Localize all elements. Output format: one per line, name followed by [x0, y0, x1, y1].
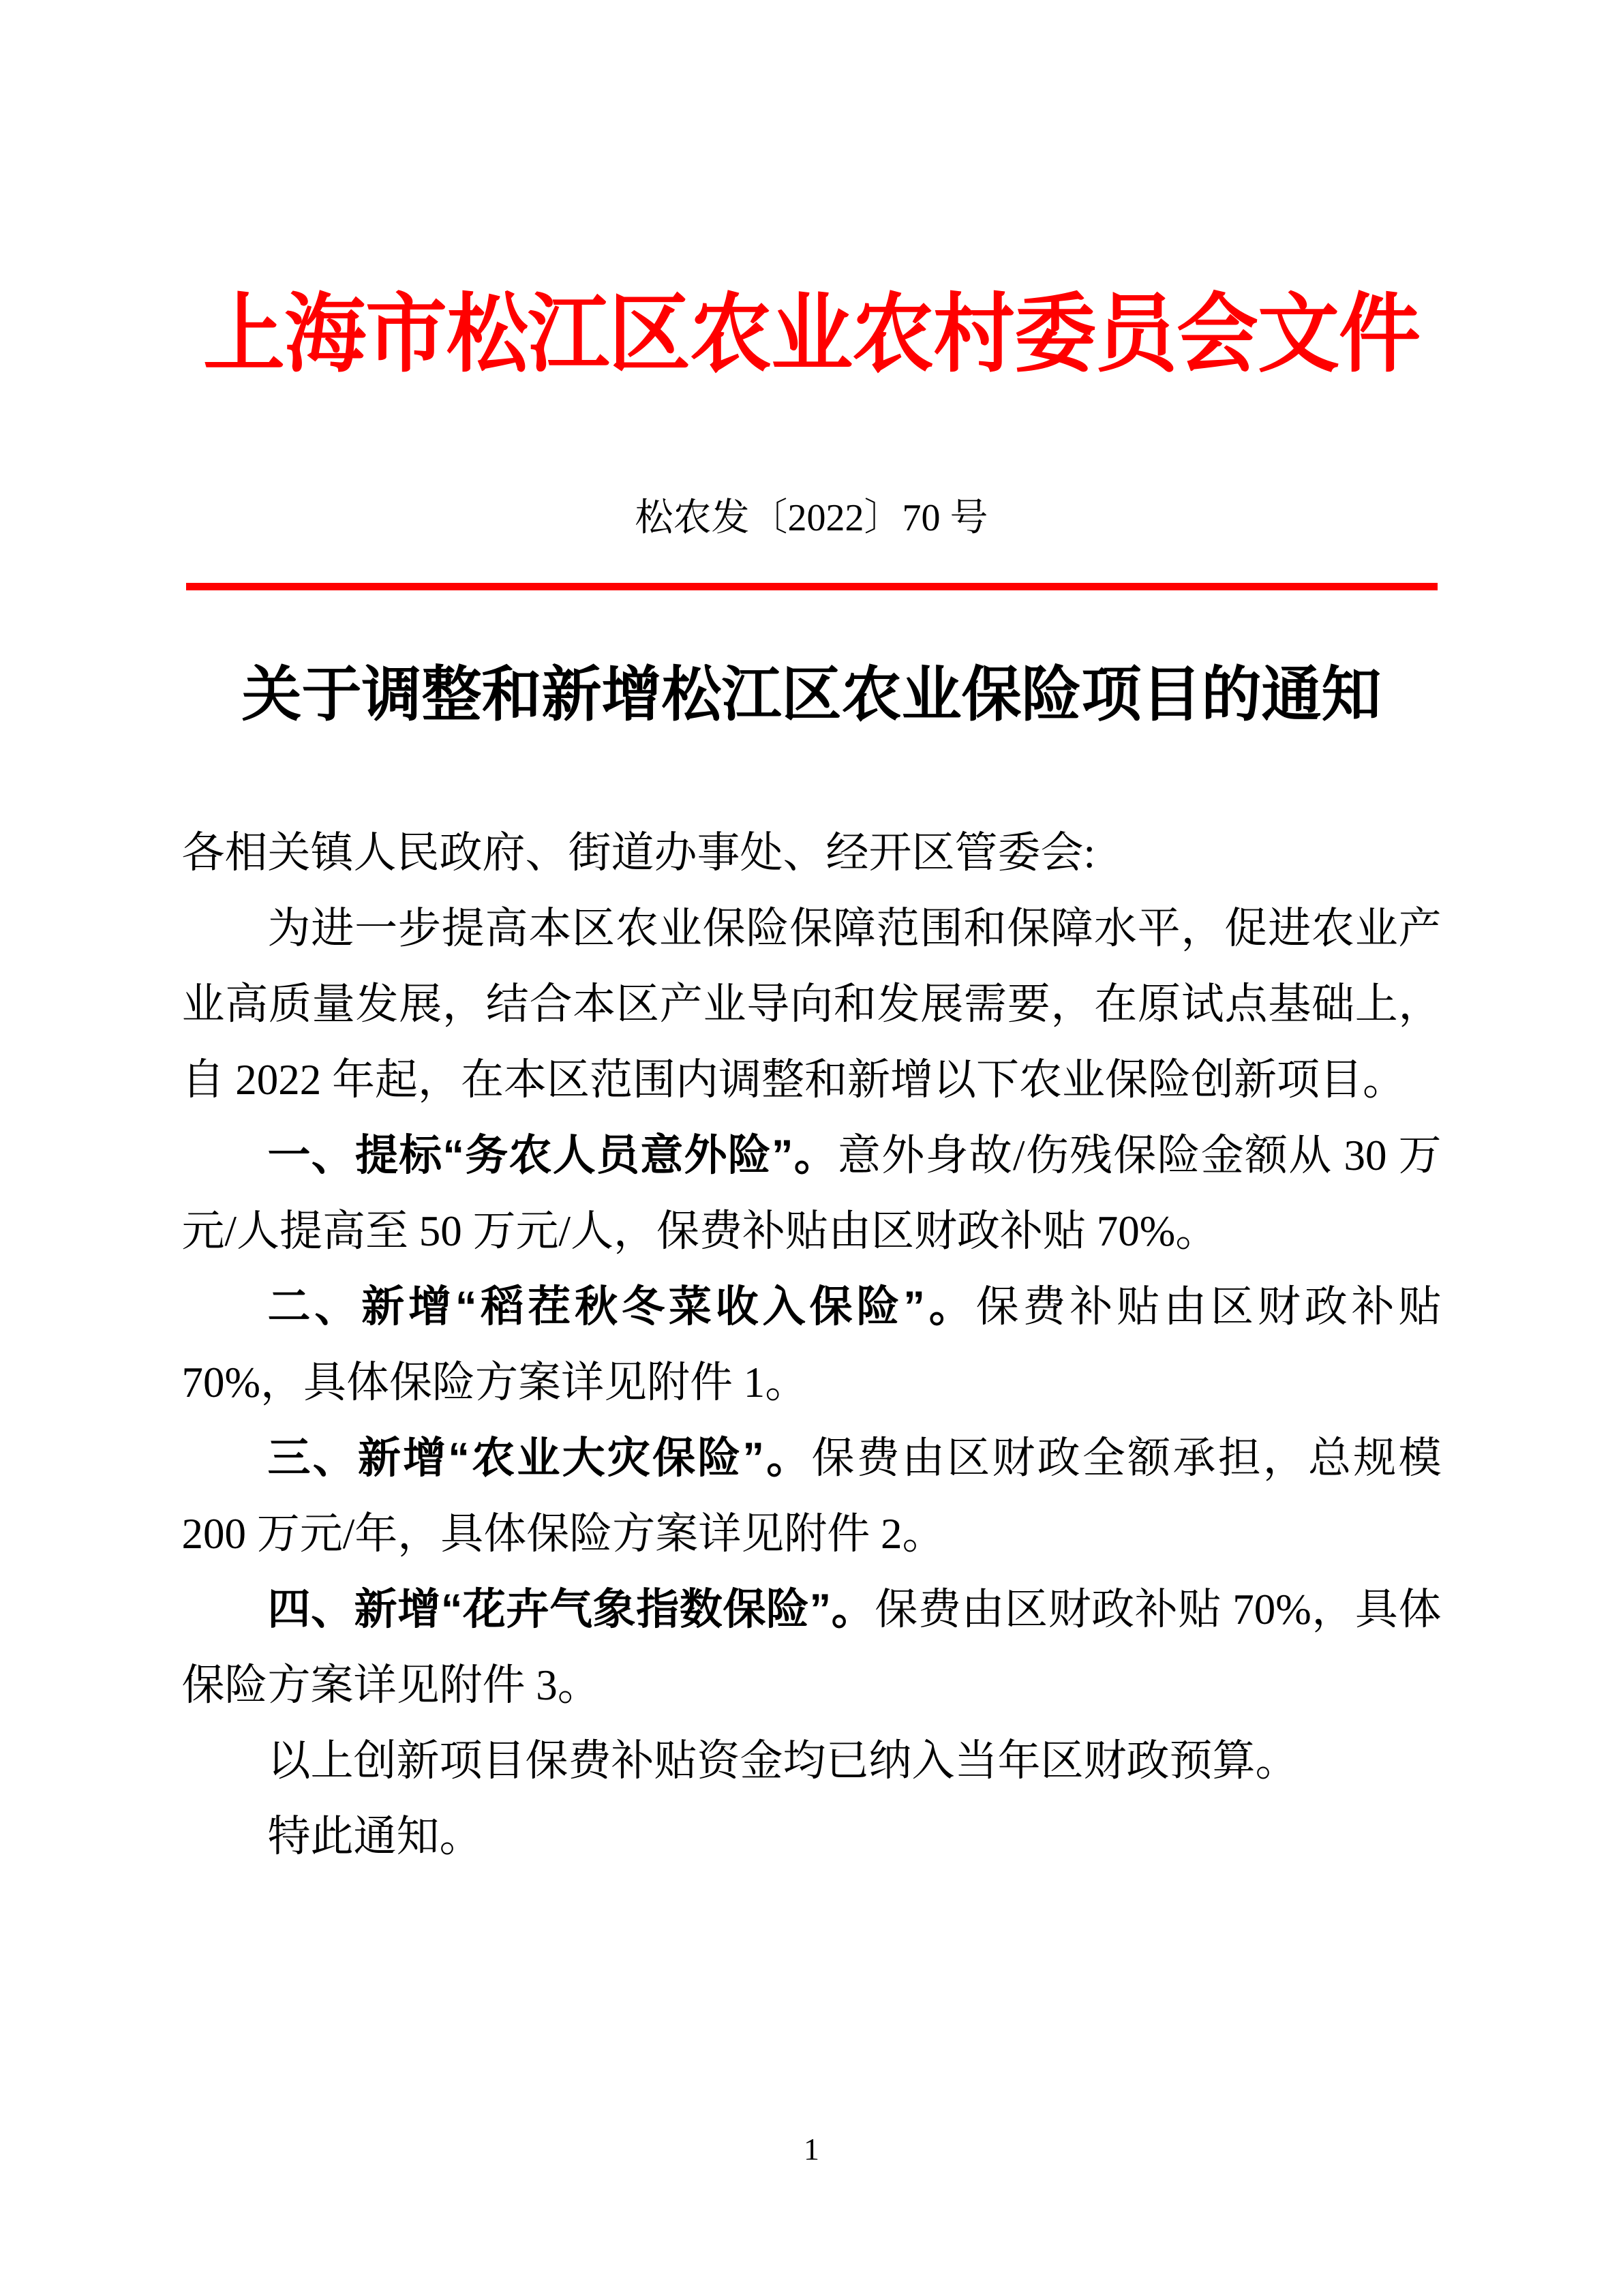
red-divider-line: [186, 583, 1438, 590]
paragraph-lead-bold: 三、新增“农业大灾保险”。: [268, 1434, 812, 1482]
salutation-line: 各相关镇人民政府、街道办事处、经开区管委会:: [182, 815, 1442, 891]
body-paragraph: 以上创新项目保费补贴资金均已纳入当年区财政预算。: [182, 1723, 1442, 1799]
paragraph-text: 特此通知。: [268, 1813, 483, 1860]
paragraph-lead-bold: 四、新增“花卉气象指数保险”。: [268, 1586, 875, 1633]
body-paragraph: 三、新增“农业大灾保险”。保费由区财政全额承担，总规模 200 万元/年，具体保…: [182, 1421, 1442, 1572]
document-title: 关于调整和新增松江区农业保险项目的通知: [0, 662, 1623, 730]
paragraph-text: 以上创新项目保费补贴资金均已纳入当年区财政预算。: [268, 1737, 1299, 1785]
document-page: 上海市松江区农业农村委员会文件 松农发〔2022〕70 号 关于调整和新增松江区…: [0, 0, 1623, 2296]
doc-number: 松农发〔2022〕70 号: [0, 498, 1623, 539]
paragraph-lead-bold: 二、新增“稻茬秋冬菜收入保险”。: [268, 1283, 976, 1331]
paragraph-lead-bold: 一、提标“务农人员意外险”。: [268, 1132, 838, 1179]
body-paragraph: 一、提标“务农人员意外险”。意外身故/伤残保险金额从 30 万元/人提高至 50…: [182, 1118, 1442, 1269]
body-paragraph: 特此通知。: [182, 1799, 1442, 1875]
body-paragraph: 四、新增“花卉气象指数保险”。保费由区财政补贴 70%，具体保险方案详见附件 3…: [182, 1572, 1442, 1723]
body-paragraph: 二、新增“稻茬秋冬菜收入保险”。保费补贴由区财政补贴 70%，具体保险方案详见附…: [182, 1269, 1442, 1421]
paragraph-text: 为进一步提高本区农业保险保障范围和保障水平，促进农业产业高质量发展，结合本区产业…: [182, 905, 1442, 1104]
page-number: 1: [0, 2132, 1623, 2166]
document-body: 各相关镇人民政府、街道办事处、经开区管委会: 为进一步提高本区农业保险保障范围和…: [182, 815, 1442, 1875]
issuer-title: 上海市松江区农业农村委员会文件: [0, 286, 1623, 383]
body-paragraphs: 为进一步提高本区农业保险保障范围和保障水平，促进农业产业高质量发展，结合本区产业…: [182, 891, 1442, 1875]
body-paragraph: 为进一步提高本区农业保险保障范围和保障水平，促进农业产业高质量发展，结合本区产业…: [182, 891, 1442, 1118]
